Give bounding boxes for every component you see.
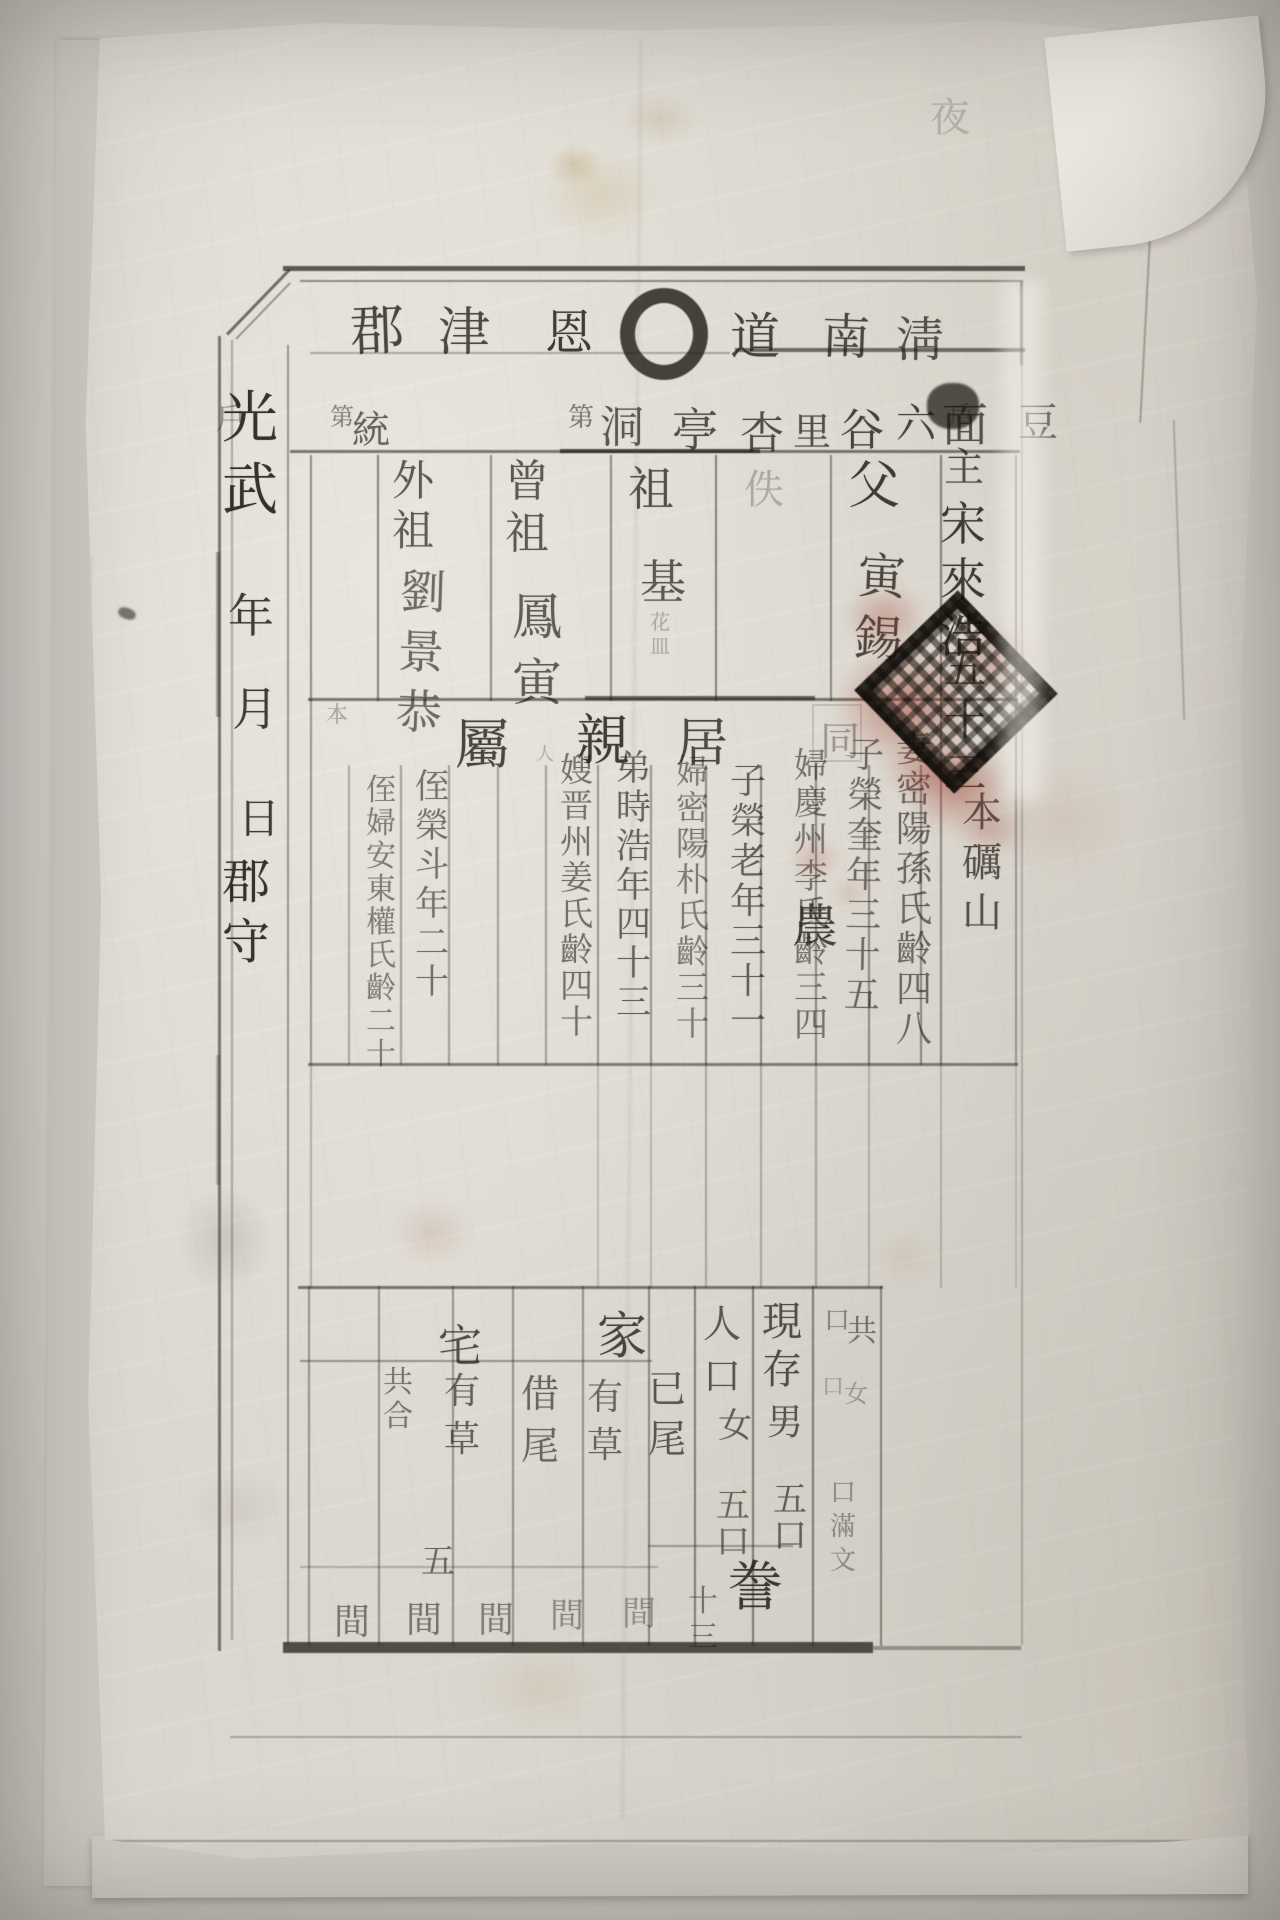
frag-gumanmun: 口滿文	[830, 1476, 856, 1578]
form-rule-line	[868, 1065, 870, 1288]
paper-stain	[387, 1197, 477, 1267]
house-kan1: 間	[334, 1594, 370, 1645]
paper-fold-highlight	[1002, 280, 1042, 800]
form-rule-line	[308, 1286, 310, 1646]
date-year: 年	[228, 580, 274, 646]
col-maternal-grandfather-origin: 本	[326, 698, 348, 729]
county-magistrate: 郡守	[222, 852, 270, 972]
form-rule-line	[377, 455, 379, 701]
address-jeong: 亭	[672, 394, 718, 460]
frag-yeo: 女	[844, 1374, 868, 1409]
form-rule-line	[812, 1286, 814, 1646]
house-gonghap: 共合	[383, 1366, 413, 1434]
register-paper-sheet: 郡津恩道南淸戶第統第洞亭杏里谷六面豆外祖劉景恭本曾祖鳳寅人祖基花皿父寅錫佚戶主宋…	[0, 0, 1280, 1920]
house-kan3: 間	[478, 1592, 514, 1643]
house-yucho2: 有草	[444, 1368, 480, 1464]
form-rule-line	[815, 1065, 817, 1288]
date-day: 日	[238, 786, 280, 846]
house-kan5: 間	[622, 1586, 656, 1635]
house-kan4: 間	[550, 1588, 584, 1637]
relative-daughter-in-law1: 婦慶州李氏齡三四	[794, 748, 828, 1044]
pop-male: 男	[767, 1394, 803, 1445]
form-rule-line	[235, 282, 291, 339]
head-ju-label: 主	[944, 436, 984, 493]
photograph-of-household-register: 郡津恩道南淸戶第統第洞亭杏里谷六面豆外祖劉景恭本曾祖鳳寅人祖基花皿父寅錫佚戶主宋…	[0, 0, 1280, 1920]
house-taek: 宅	[438, 1310, 482, 1374]
col-great-grandfather-extra: 人	[536, 740, 554, 766]
era-gwangmu: 光武	[222, 383, 278, 527]
header-char-jin: 津	[438, 290, 490, 365]
form-rule-line	[873, 1646, 1021, 1650]
form-rule-line	[310, 455, 312, 701]
pop-total-glyph: 誊	[728, 1544, 782, 1621]
form-rule-line	[880, 1286, 882, 1646]
col-grandfather-name: 基	[640, 546, 686, 612]
header-char-gun: 郡	[349, 287, 406, 366]
form-rule-line	[230, 1736, 1022, 1738]
frag-gong: 共	[847, 1306, 877, 1350]
col-great-grandfather-name: 鳳寅	[512, 584, 562, 716]
form-rule-line	[216, 552, 220, 717]
header-char-eun: 恩	[545, 294, 593, 363]
form-rule-line	[300, 1566, 658, 1568]
form-rule-line	[650, 1065, 652, 1288]
paper-stain	[547, 143, 603, 187]
red-seal-paste-blob	[789, 838, 841, 878]
header-circle-mark	[620, 288, 708, 380]
house-chami: 借尾	[521, 1368, 559, 1472]
col-father-label: 父	[848, 443, 900, 518]
form-rule-line	[298, 1286, 883, 1289]
house-kan2: 間	[406, 1592, 442, 1643]
form-rule-line	[218, 336, 221, 1651]
form-rule-line	[830, 455, 832, 701]
form-rule-line	[112, 1840, 1240, 1842]
form-rule-line	[216, 1055, 220, 1185]
date-month: 月	[232, 673, 278, 739]
form-rule-line	[705, 1065, 707, 1288]
address-je1: 第	[330, 397, 354, 432]
form-rule-line	[760, 1065, 762, 1288]
form-rule-line	[300, 280, 1020, 282]
form-rule-line	[1015, 1065, 1017, 1288]
form-rule-line	[283, 1642, 873, 1653]
red-seal-paste-blob	[956, 806, 1024, 854]
form-rule-line	[1173, 420, 1185, 720]
house-imi: 已尾	[648, 1364, 686, 1464]
form-rule-line	[597, 765, 599, 1065]
relative-nephew: 侄榮斗年二十	[415, 768, 449, 1002]
paper-stain	[867, 1228, 943, 1288]
section-char-sok: 屬	[455, 702, 509, 779]
house-ga: 家	[597, 1296, 647, 1368]
house-five: 五	[421, 1534, 455, 1583]
header-char-do: 道	[730, 297, 780, 369]
relative-sister-in-law: 嫂晋州姜氏齡四十	[560, 752, 593, 1040]
relative-son2: 子榮老年三十一	[730, 762, 766, 1042]
paper-stain	[190, 1468, 290, 1548]
house-yucho1: 有草	[587, 1374, 623, 1470]
address-tong: 統	[352, 399, 390, 454]
form-rule-line	[283, 266, 1025, 271]
form-rule-line	[287, 345, 289, 1645]
pop-hyeonjon: 現存	[762, 1298, 802, 1394]
ghost-char-top-right: 夜	[930, 86, 970, 143]
form-rule-line	[378, 1286, 380, 1646]
red-seal-paste-blob	[832, 879, 868, 907]
form-rule-line	[226, 269, 291, 336]
form-rule-line	[231, 340, 233, 1640]
address-haeng: 杏	[740, 397, 784, 461]
paper-stain	[177, 1185, 273, 1295]
form-rule-line	[610, 455, 612, 701]
form-rule-line	[400, 765, 402, 1065]
address-ri: 里	[793, 401, 831, 456]
form-rule-line	[490, 455, 492, 701]
col-maternal-grandfather-name: 劉景恭	[395, 561, 447, 742]
frag-gu2: 口	[822, 1370, 844, 1401]
relative-daughter-in-law2: 婦密陽朴氏齡三十	[676, 754, 709, 1042]
header-char-cheong: 淸	[896, 301, 944, 370]
col-great-grandfather-label: 曾祖	[505, 456, 549, 560]
faint-column-glyph: 佚	[744, 458, 784, 515]
form-rule-line	[348, 765, 350, 1065]
form-rule-line	[940, 1065, 942, 1288]
printed-form: 郡津恩道南淸戶第統第洞亭杏里谷六面豆外祖劉景恭本曾祖鳳寅人祖基花皿父寅錫佚戶主宋…	[0, 0, 1280, 1920]
relative-nephew-wife: 侄婦安東權氏齡二十	[366, 774, 396, 1071]
form-rule-line	[308, 1063, 1018, 1066]
paper-stain	[540, 150, 660, 240]
form-rule-line	[597, 1065, 599, 1288]
paper-stain	[475, 1643, 605, 1733]
pop-female: 女	[718, 1398, 752, 1447]
ink-blot	[927, 383, 979, 429]
form-rule-line	[497, 765, 499, 1065]
col-maternal-grandfather-label: 外祖	[392, 456, 434, 556]
pop-ingu: 人口	[703, 1298, 741, 1402]
relative-son1: 子榮奎年三十五	[844, 736, 885, 1017]
form-rule-line	[715, 455, 717, 701]
form-rule-line	[310, 1065, 312, 1288]
form-rule-line	[310, 700, 312, 1065]
header-char-nam: 南	[821, 297, 871, 368]
pop-thirteen: 十三	[688, 1584, 718, 1656]
address-je2: 第	[568, 397, 594, 434]
col-grandfather-small: 花皿	[650, 610, 670, 658]
paper-stain	[620, 94, 700, 146]
form-rule-line	[545, 765, 547, 1065]
